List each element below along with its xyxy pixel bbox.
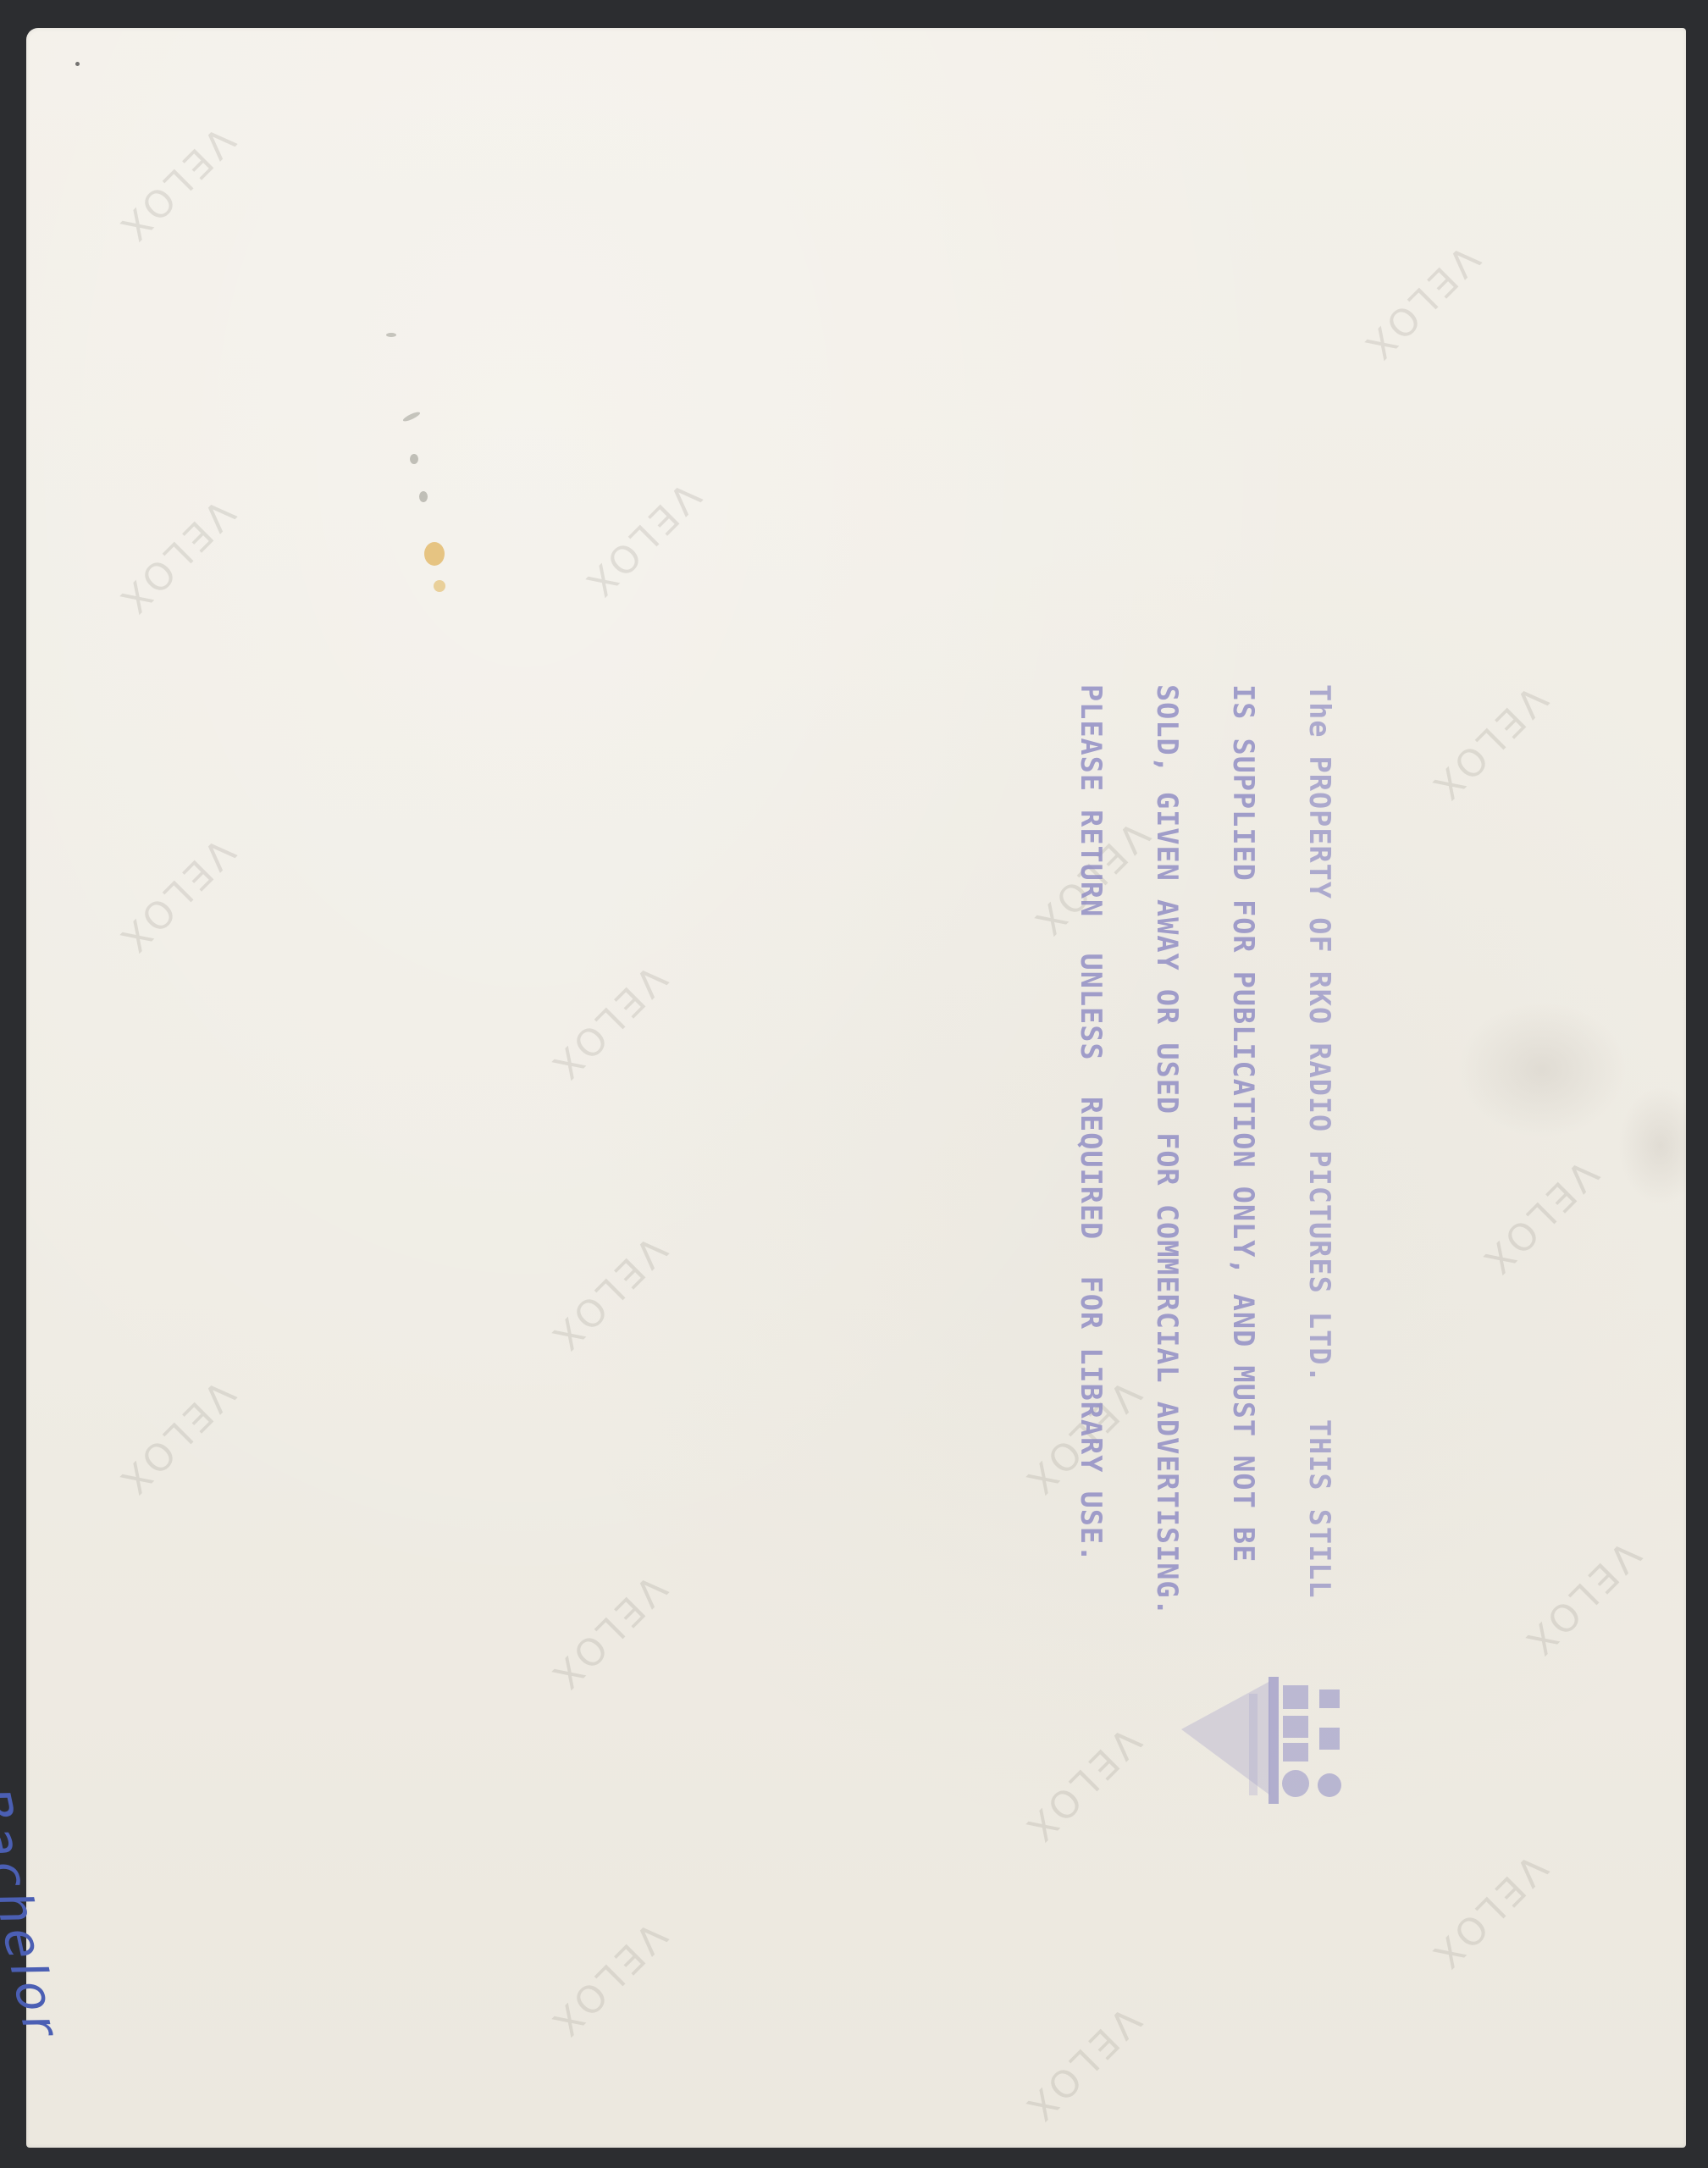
stamp-line: IS SUPPLIED FOR PUBLICATION ONLY, AND MU… [1230, 684, 1256, 1617]
velox-watermark: VELOX [1472, 1151, 1606, 1285]
velox-watermark: VELOX [1014, 1998, 1148, 2132]
velox-watermark: VELOX [1421, 1845, 1555, 1979]
rko-radio-tower-logo-icon [1169, 1660, 1346, 1821]
photo-back-paper: VELOX VELOX VELOX VELOX VELOX VELOX VELO… [26, 28, 1686, 2148]
velox-watermark: VELOX [574, 473, 708, 607]
spot [75, 62, 80, 66]
velox-watermark: VELOX [540, 1227, 674, 1361]
rko-ownership-stamp: The PROPERTY OF RKO RADIO PICTURES LTD. … [1053, 684, 1383, 1617]
spot [386, 333, 396, 337]
velox-watermark: VELOX [1514, 1532, 1648, 1666]
spot [434, 580, 445, 592]
stain [1618, 1087, 1686, 1205]
stain [1457, 1002, 1627, 1137]
velox-watermark: VELOX [1421, 677, 1555, 810]
velox-watermark: VELOX [108, 1371, 242, 1505]
spot [424, 542, 445, 566]
velox-watermark: VELOX [1014, 1718, 1148, 1852]
velox-watermark: VELOX [108, 490, 242, 624]
spot [419, 491, 428, 502]
stamp-line: PLEASE RETURN UNLESS REQUIRED FOR LIBRAR… [1078, 684, 1103, 1617]
velox-watermark: VELOX [540, 1566, 674, 1700]
velox-watermark: VELOX [1353, 236, 1487, 370]
stamp-line: The PROPERTY OF RKO RADIO PICTURES LTD. … [1307, 684, 1332, 1617]
velox-watermark: VELOX [108, 829, 242, 963]
velox-watermark: VELOX [540, 1913, 674, 2047]
stamp-line: SOLD, GIVEN AWAY OR USED FOR COMMERCIAL … [1154, 684, 1180, 1617]
spot [402, 411, 421, 423]
velox-watermark: VELOX [108, 118, 242, 252]
velox-watermark: VELOX [540, 956, 674, 1090]
handwritten-line: Bachelor [0, 1784, 69, 2045]
spot [410, 454, 418, 464]
